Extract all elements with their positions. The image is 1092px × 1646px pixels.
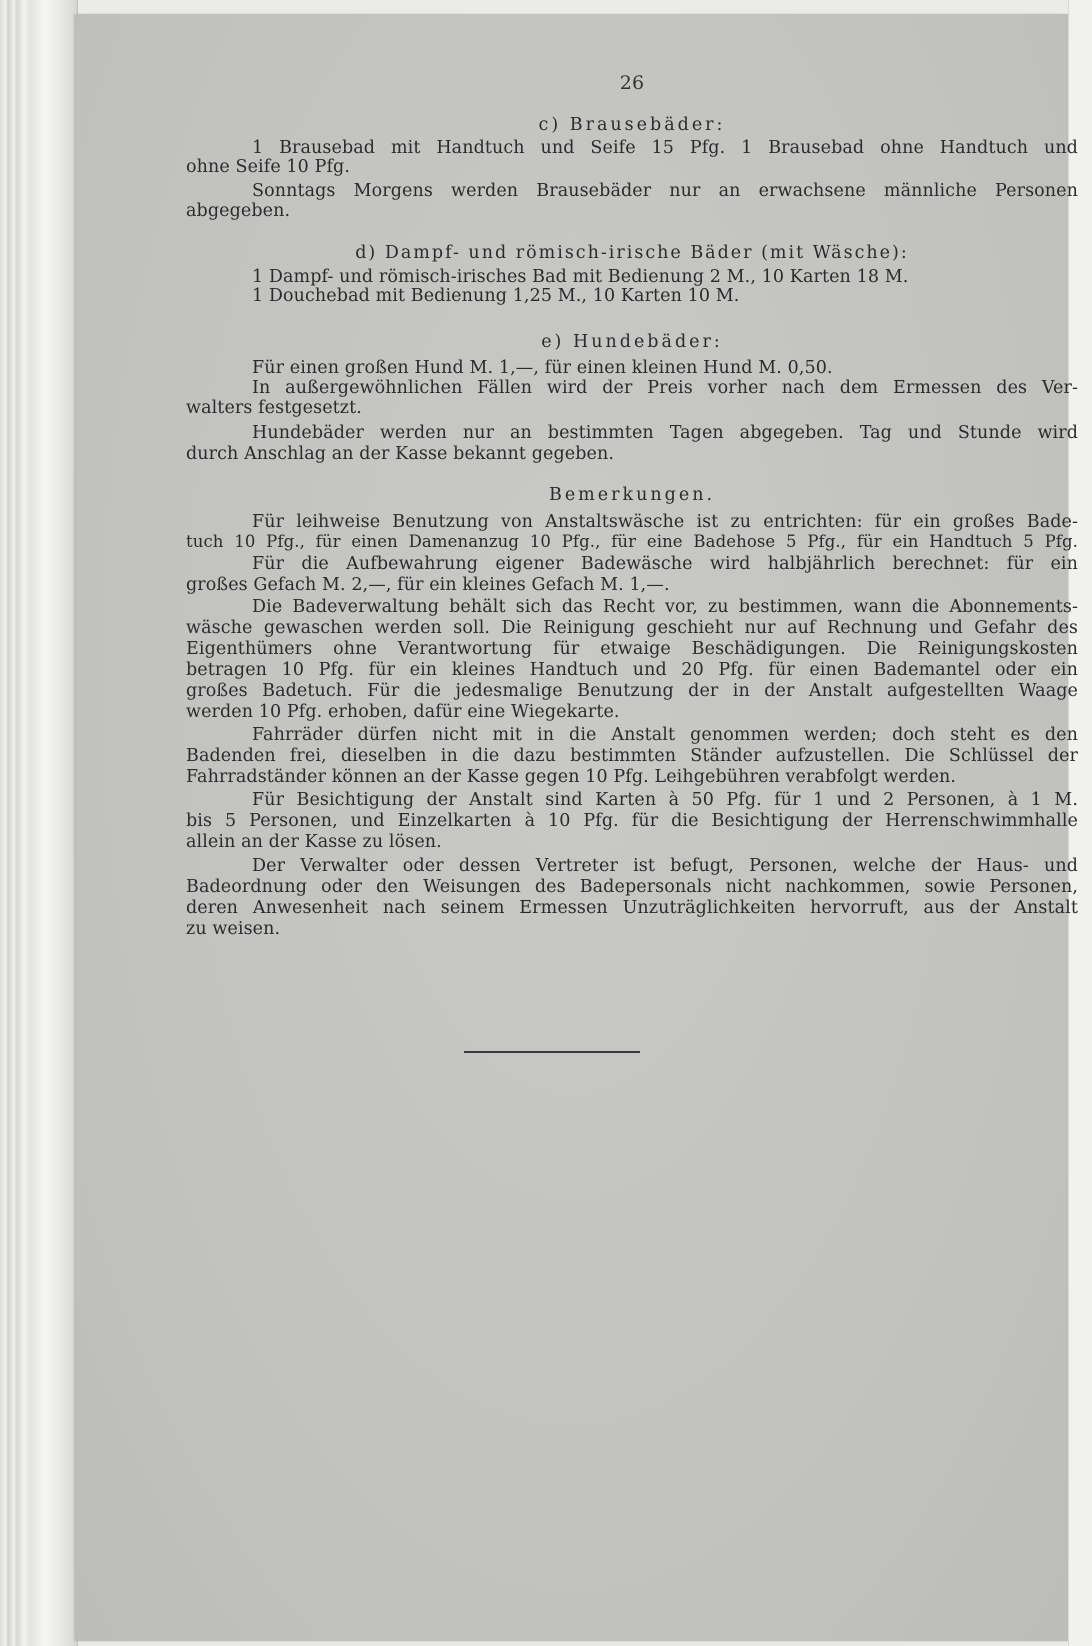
text-line: 1 Dampf- und römisch-irisches Bad mit Be… bbox=[186, 267, 1078, 287]
text-line: bis 5 Personen, und Einzelkarten à 10 Pf… bbox=[186, 811, 1078, 831]
page-number: 26 bbox=[186, 72, 1078, 94]
text-line: 1 Brausebad mit Handtuch und Seife 15 Pf… bbox=[186, 138, 1078, 158]
text-line: Die Badeverwaltung behält sich das Recht… bbox=[186, 597, 1078, 617]
text-line: Badenden frei, dieselben in die dazu bes… bbox=[186, 746, 1078, 766]
section-heading-d: d) Dampf- und römisch-irische Bäder (mit… bbox=[186, 243, 1078, 263]
text-line: Sonntags Morgens werden Brausebäder nur … bbox=[186, 181, 1078, 201]
text-line: deren Anwesenheit nach seinem Ermessen U… bbox=[186, 898, 1078, 918]
text-line: Für Besichtigung der Anstalt sind Karten… bbox=[186, 790, 1078, 810]
text-line: betragen 10 Pfg. für ein kleines Handtuc… bbox=[186, 660, 1078, 680]
text-line: Hundebäder werden nur an bestimmten Tage… bbox=[186, 423, 1078, 443]
text-line: ohne Seife 10 Pfg. bbox=[186, 157, 1078, 177]
text-line: allein an der Kasse zu lösen. bbox=[186, 832, 1078, 852]
text-line: großes Badetuch. Für die jedesmalige Ben… bbox=[186, 681, 1078, 701]
text-line: wäsche gewaschen werden soll. Die Reinig… bbox=[186, 618, 1078, 638]
text-line: Fahrradständer können an der Kasse gegen… bbox=[186, 767, 1078, 787]
stacked-page-edges bbox=[0, 0, 78, 1646]
text-line: Der Verwalter oder dessen Vertreter ist … bbox=[186, 856, 1078, 876]
text-line: In außergewöhnlichen Fällen wird der Pre… bbox=[186, 378, 1078, 398]
text-line: Badeordnung oder den Weisungen des Badep… bbox=[186, 877, 1078, 897]
text-line: durch Anschlag an der Kasse bekannt gege… bbox=[186, 444, 1078, 464]
text-line: 1 Douchebad mit Bedienung 1,25 M., 10 Ka… bbox=[186, 286, 1078, 306]
text-line: Für einen großen Hund M. 1,—, für einen … bbox=[186, 358, 1078, 378]
text-line: Fahrräder dürfen nicht mit in die Anstal… bbox=[186, 725, 1078, 745]
section-heading-e: e) Hundebäder: bbox=[186, 332, 1078, 352]
scan-top-margin bbox=[0, 0, 1092, 14]
section-heading-c: c) Brausebäder: bbox=[186, 115, 1078, 135]
text-line: werden 10 Pfg. erhoben, dafür eine Wiege… bbox=[186, 702, 1078, 722]
text-line: walters festgesetzt. bbox=[186, 398, 1078, 418]
section-heading-remarks: Bemerkungen. bbox=[186, 485, 1078, 505]
text-line: zu weisen. bbox=[186, 919, 1078, 939]
text-line: tuch 10 Pfg., für einen Damenanzug 10 Pf… bbox=[186, 532, 1078, 552]
text-line: Für leihweise Benutzung von Anstaltswäsc… bbox=[186, 512, 1078, 532]
closing-rule bbox=[464, 1051, 640, 1053]
text-line: großes Gefach M. 2,—, für ein kleines Ge… bbox=[186, 575, 1078, 595]
book-page: 26 c) Brausebäder: 1 Brausebad mit Handt… bbox=[76, 14, 1068, 1641]
text-line: Eigenthümers ohne Verantwortung für etwa… bbox=[186, 639, 1078, 659]
text-line: Für die Aufbewahrung eigener Badewäsche … bbox=[186, 554, 1078, 574]
text-line: abgegeben. bbox=[186, 201, 1078, 221]
